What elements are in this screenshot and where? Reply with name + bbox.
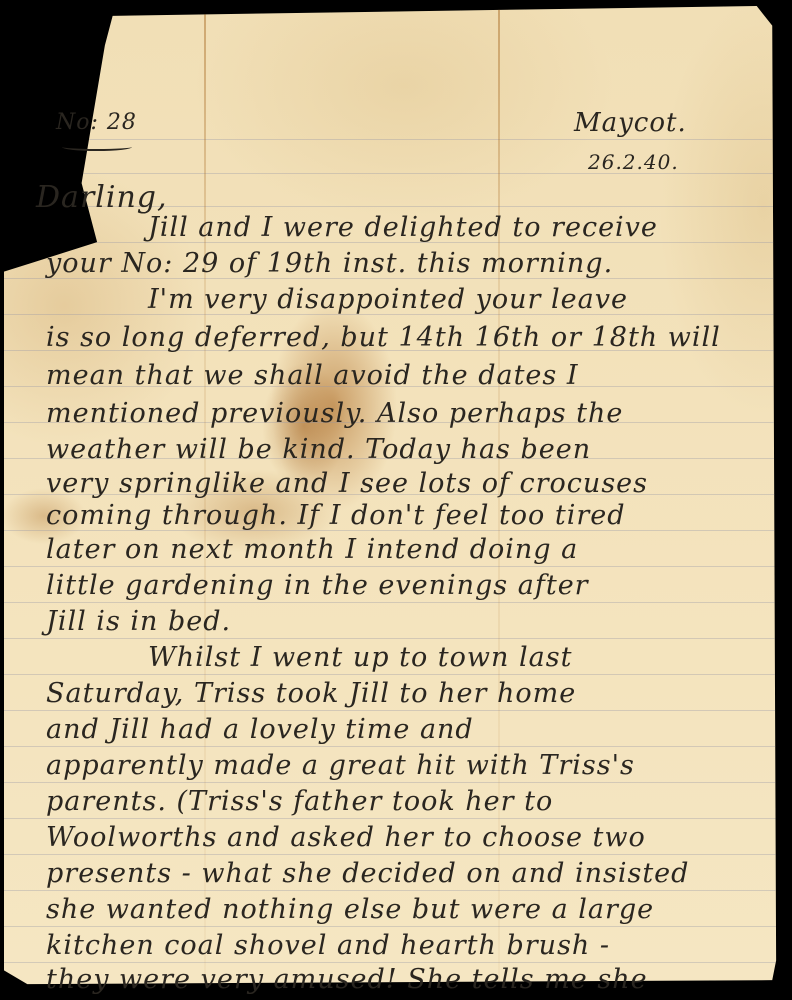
ruled-line (4, 890, 780, 891)
letter-line: mean that we shall avoid the dates I (46, 360, 579, 391)
letter-line: little gardening in the evenings after (46, 570, 589, 601)
letter-line: presents - what she decided on and insis… (46, 858, 689, 889)
letter-line: very springlike and I see lots of crocus… (46, 468, 648, 499)
letter-line: and Jill had a lovely time and (46, 714, 474, 745)
ruled-line (4, 602, 780, 603)
letter-line: Jill is in bed. (46, 606, 231, 637)
ruled-line (4, 746, 780, 747)
ruled-line (4, 139, 780, 140)
letter-line: she wanted nothing else but were a large (46, 894, 654, 925)
ruled-line (4, 674, 780, 675)
letter-line: kitchen coal shovel and hearth brush - (46, 930, 610, 961)
ruled-line (4, 638, 780, 639)
letter-date: 26.2.40. (588, 150, 679, 174)
ruled-line (4, 962, 780, 963)
letter-line: parents. (Triss's father took her to (46, 786, 553, 817)
ruled-line (4, 782, 780, 783)
letter-line: I'm very disappointed your leave (148, 284, 628, 315)
ruled-line (4, 926, 780, 927)
letter-line: apparently made a great hit with Triss's (46, 750, 635, 781)
letter-line: mentioned previously. Also perhaps the (46, 398, 623, 429)
letter-line: is so long deferred, but 14th 16th or 18… (46, 322, 721, 353)
ruled-line (4, 854, 780, 855)
letter-line: coming through. If I don't feel too tire… (46, 500, 626, 531)
ruled-line (4, 818, 780, 819)
ruled-line (4, 566, 780, 567)
letter-line: later on next month I intend doing a (46, 534, 578, 565)
ruled-line (4, 710, 780, 711)
letter-line: weather will be kind. Today has been (46, 434, 591, 465)
letter-line: Woolworths and asked her to choose two (46, 822, 646, 853)
letter-number-underline (62, 143, 132, 151)
letter-line: Whilst I went up to town last (148, 642, 572, 673)
letter-place: Maycot. (574, 108, 687, 138)
letter-line: Saturday, Triss took Jill to her home (46, 678, 576, 709)
letter-line: Jill and I were delighted to receive (148, 212, 658, 243)
letter-number: No: 28 (56, 110, 137, 135)
letter-line: they were very amused! She tells me she (46, 964, 648, 995)
salutation: Darling, (36, 180, 168, 215)
letter-line: your No: 29 of 19th inst. this morning. (46, 248, 613, 279)
